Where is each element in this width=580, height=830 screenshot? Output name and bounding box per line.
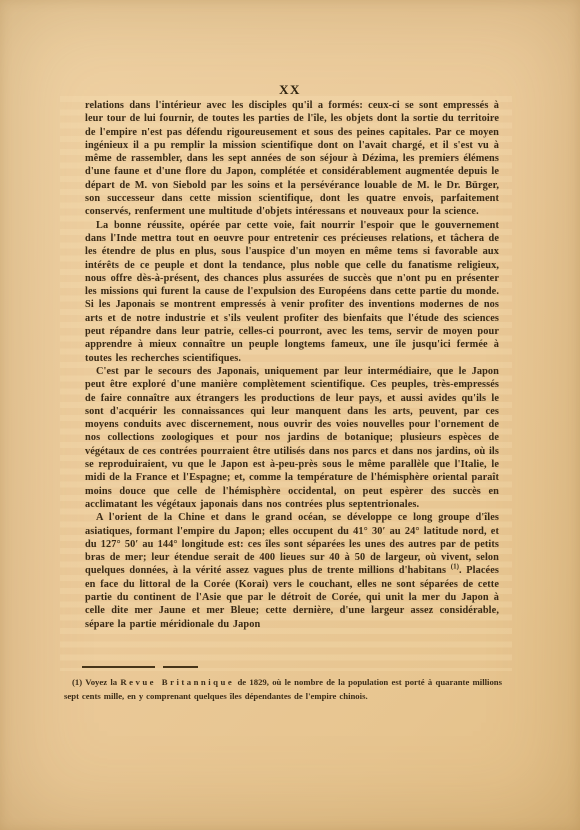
footnote-journal-title: Revue Britannique <box>120 677 234 687</box>
footnote-prefix: (1) Voyez la <box>72 677 120 687</box>
page-number: XX <box>0 82 580 98</box>
footnote: (1) Voyez la Revue Britannique de 1829, … <box>64 676 502 703</box>
paragraph-1: relations dans l'intérieur avec les disc… <box>85 99 499 219</box>
page-body: relations dans l'intérieur avec les disc… <box>85 99 499 631</box>
scanned-book-page: XX relations dans l'intérieur avec les d… <box>0 0 580 830</box>
footnote-separator-rule <box>82 666 198 668</box>
separator-segment-short <box>163 666 198 668</box>
footnote-reference-marker: (1) <box>451 563 459 571</box>
separator-segment-long <box>82 666 155 668</box>
paragraph-3: C'est par le secours des Japonais, uniqu… <box>85 365 499 511</box>
paragraph-4: A l'orient de la Chine et dans le grand … <box>85 511 499 631</box>
paragraph-2: La bonne réussite, opérée par cette voie… <box>85 219 499 365</box>
paragraph-4-text-before-note: A l'orient de la Chine et dans le grand … <box>85 512 499 576</box>
